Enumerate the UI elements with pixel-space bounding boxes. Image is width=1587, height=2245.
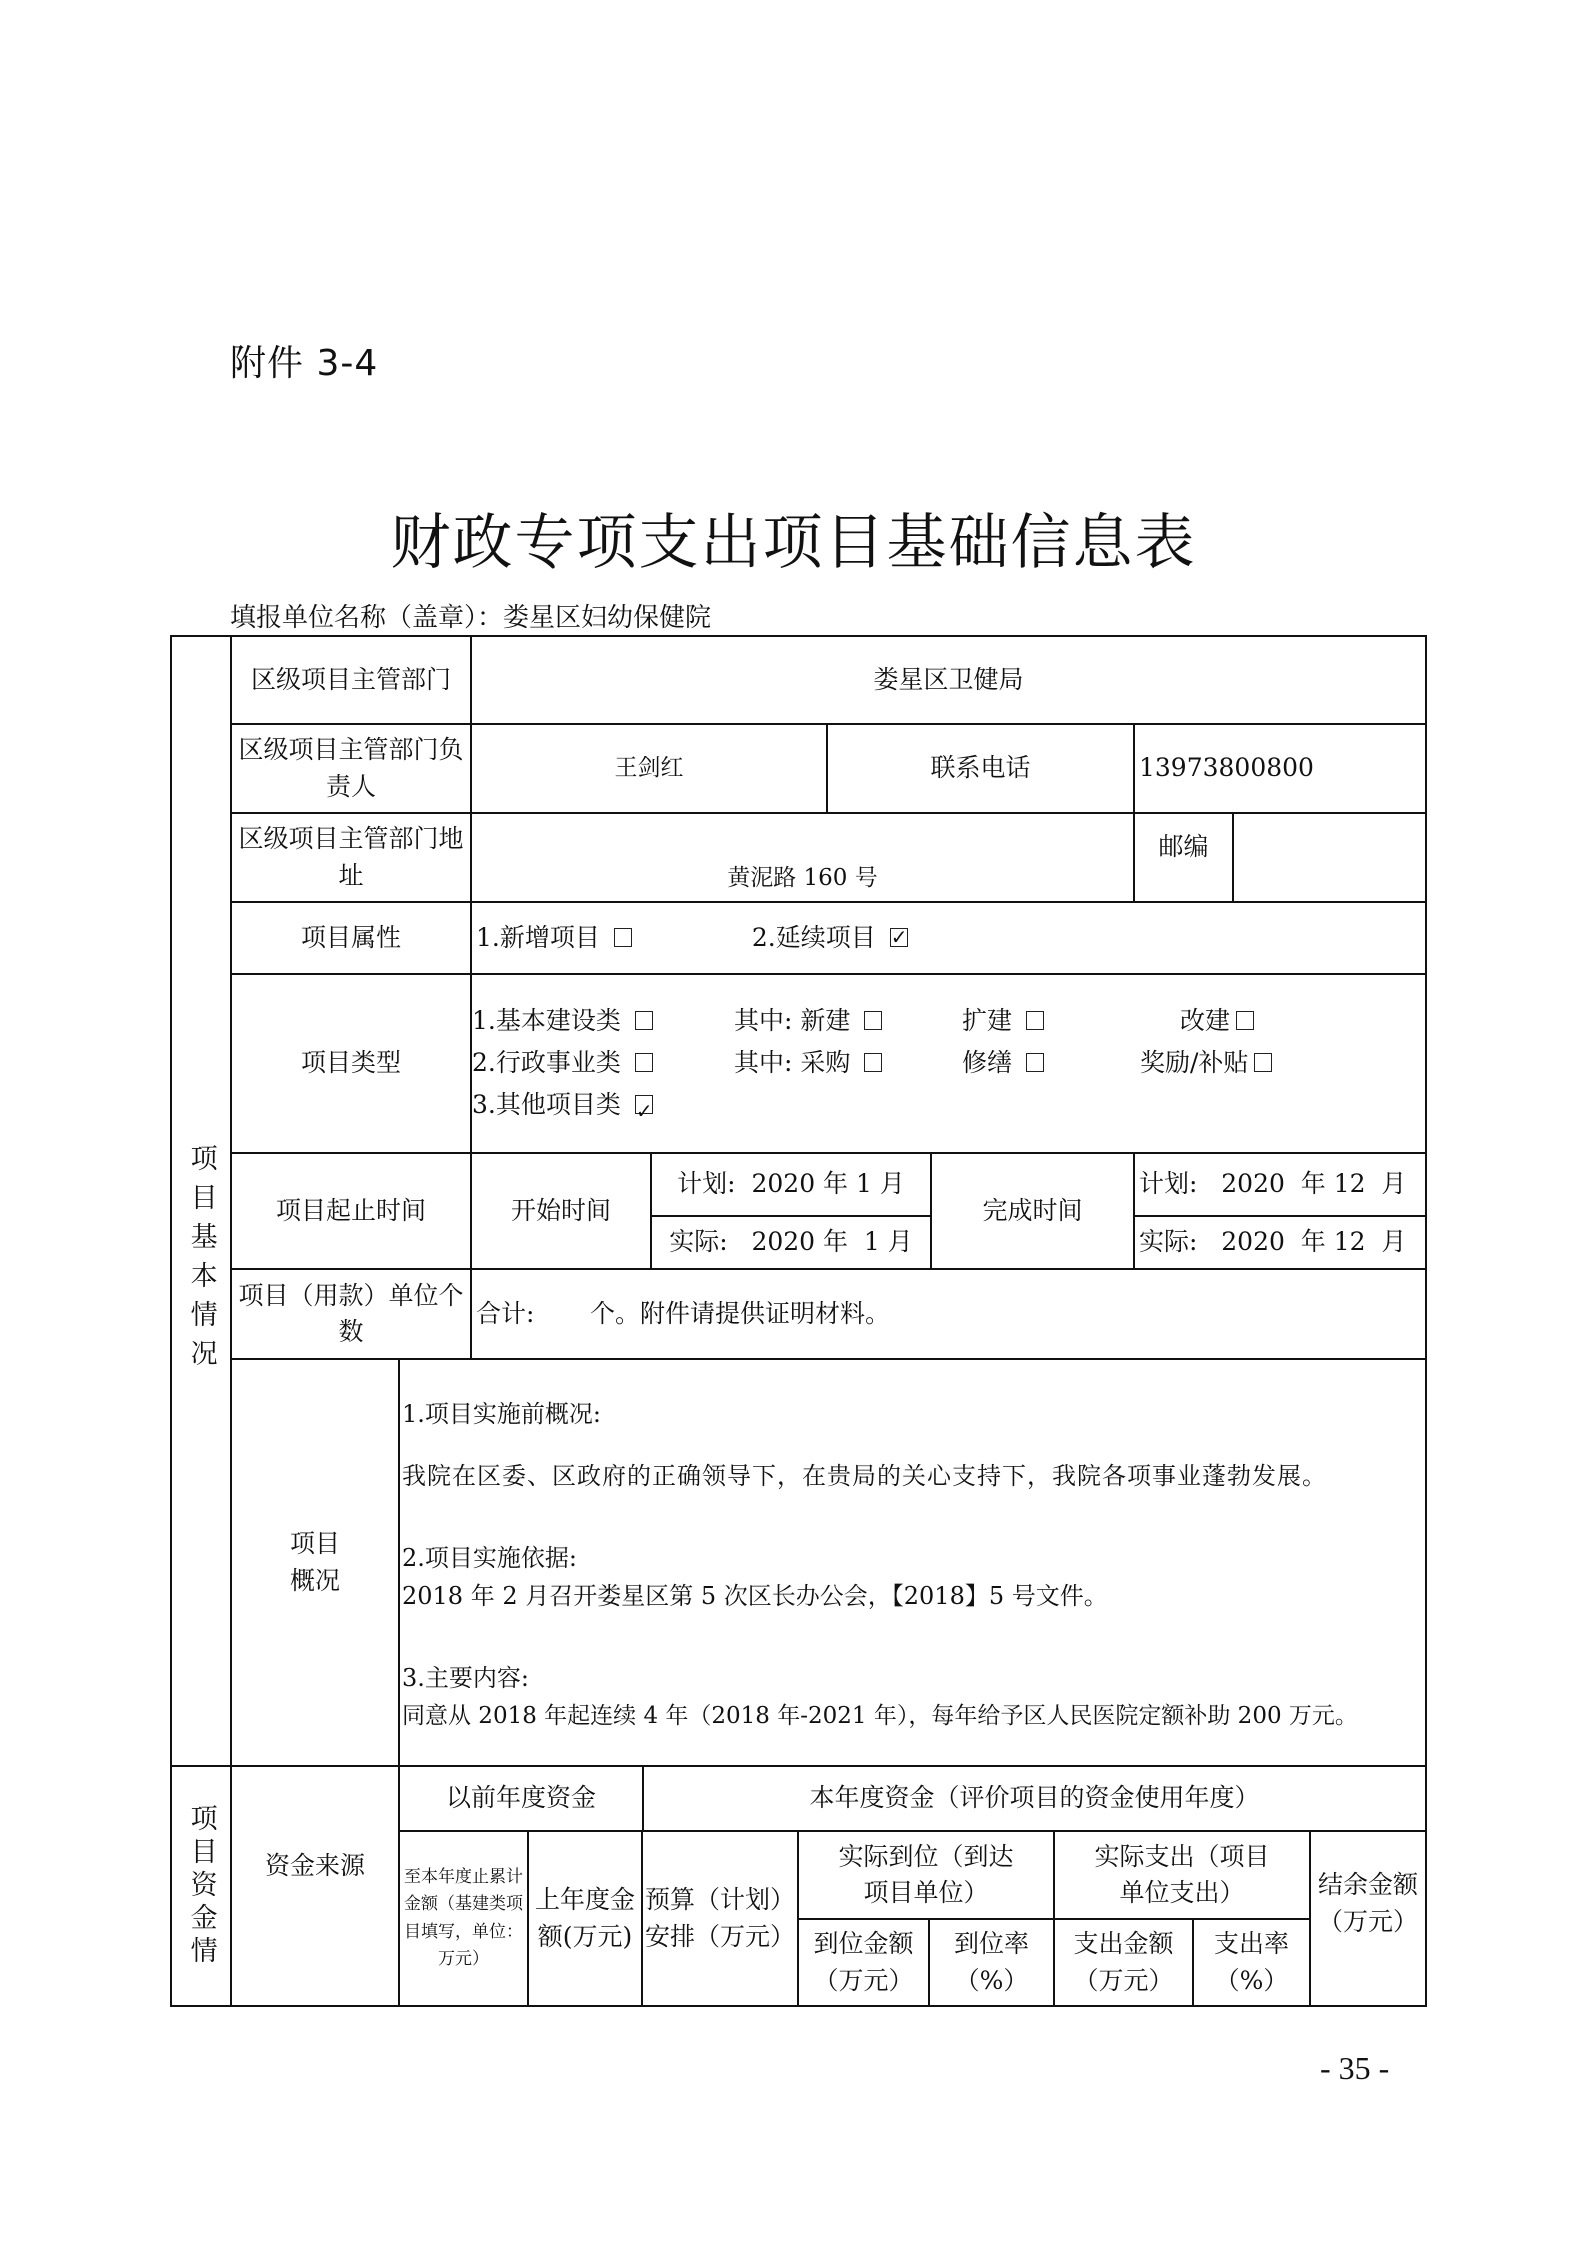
type-subsidy[interactable]: 奖励/补贴 (1140, 1042, 1272, 1084)
type-label: 项目类型 (230, 973, 472, 1154)
col-balance: 结余金额（万元） (1309, 1830, 1427, 2007)
units-label: 项目（用款）单位个数 (230, 1268, 472, 1360)
head-value[interactable]: 王剑红 (470, 723, 828, 814)
type-renovation[interactable]: 改建 (1180, 1000, 1254, 1042)
phone-value[interactable]: 13973800800 (1133, 723, 1427, 814)
col-spend-rate: 支出率（%） (1192, 1918, 1311, 2007)
checkbox-continued-project[interactable] (890, 928, 908, 947)
page-number: - 35 - (1320, 2050, 1389, 2087)
attribute-options: 1.新增项目 2.延续项目 (470, 901, 1427, 975)
summary-label: 项目概况 (230, 1358, 400, 1767)
page-title: 财政专项支出项目基础信息表 (0, 495, 1587, 581)
summary-text-3: 同意从 2018 年起连续 4 年（2018 年-2021 年），每年给予区人民… (402, 1700, 1422, 1732)
col-cumulative: 至本年度止累计金额（基建类项目填写，单位：万元） (398, 1830, 529, 2007)
type-construction[interactable]: 1.基本建设类 (472, 1000, 653, 1042)
summary-heading-2: 2.项目实施依据: (402, 1542, 1422, 1574)
current-year-header: 本年度资金（评价项目的资金使用年度） (642, 1765, 1427, 1832)
end-plan[interactable]: 计划: 2020 年 12 月 (1133, 1152, 1427, 1217)
end-label: 完成时间 (930, 1152, 1135, 1270)
checkbox-subsidy[interactable] (1254, 1053, 1272, 1072)
annex-label: 附件 3-4 (230, 335, 378, 386)
start-actual[interactable]: 实际: 2020 年 1 月 (650, 1215, 932, 1270)
summary-heading-3: 3.主要内容: (402, 1662, 1422, 1694)
col-budget: 预算（计划）安排（万元） (641, 1830, 799, 2007)
summary-content: 1.项目实施前概况: 我院在区委、区政府的正确领导下，在贵局的关心支持下，我院各… (402, 1362, 1422, 1732)
period-label: 项目起止时间 (230, 1152, 472, 1270)
attribute-continued[interactable]: 2.延续项目 (752, 920, 908, 956)
summary-heading-1: 1.项目实施前概况: (402, 1398, 1422, 1430)
checkbox-new-project[interactable] (614, 928, 632, 947)
col-last-year: 上年度金额(万元) (527, 1830, 643, 2007)
checkbox-repair[interactable] (1026, 1053, 1044, 1072)
type-new-build[interactable]: 其中: 新建 (734, 1000, 882, 1042)
attribute-new[interactable]: 1.新增项目 (476, 920, 632, 956)
checkbox-renovation[interactable] (1236, 1011, 1254, 1030)
col-arrival-amount: 到位金额（万元） (797, 1918, 930, 2007)
filler-unit: 填报单位名称（盖章）：娄星区妇幼保健院 (230, 597, 711, 634)
address-label: 区级项目主管部门地址 (230, 812, 472, 903)
summary-text-2: 2018 年 2 月召开娄星区第 5 次区长办公会，【2018】5 号文件。 (402, 1580, 1422, 1612)
type-other[interactable]: 3.其他项目类 (472, 1084, 653, 1126)
postcode-label: 邮编 (1133, 812, 1234, 903)
col-actual-arrival: 实际到位（到达项目单位） (797, 1830, 1055, 1920)
department-label: 区级项目主管部门 (230, 635, 472, 725)
department-value[interactable]: 娄星区卫健局 (470, 635, 1427, 725)
checkbox-other[interactable] (635, 1095, 653, 1114)
type-procurement[interactable]: 其中: 采购 (734, 1042, 882, 1084)
checkbox-administrative[interactable] (635, 1053, 653, 1072)
checkbox-new-build[interactable] (864, 1011, 882, 1030)
type-repair[interactable]: 修缮 (962, 1042, 1044, 1084)
type-administrative[interactable]: 2.行政事业类 (472, 1042, 653, 1084)
checkbox-procurement[interactable] (864, 1053, 882, 1072)
start-plan[interactable]: 计划: 2020 年 1 月 (650, 1152, 932, 1217)
start-label: 开始时间 (470, 1152, 652, 1270)
filler-unit-label: 填报单位名称（盖章）： (230, 603, 503, 633)
checkbox-expansion[interactable] (1026, 1011, 1044, 1030)
filler-unit-value: 娄星区妇幼保健院 (503, 603, 711, 633)
col-arrival-rate: 到位率（%） (928, 1918, 1055, 2007)
address-value[interactable]: 黄泥路 160 号 (470, 812, 1135, 903)
funding-section-label: 项目资金情 (170, 1765, 232, 2007)
end-actual[interactable]: 实际: 2020 年 12 月 (1133, 1215, 1427, 1270)
col-spend-amount: 支出金额（万元） (1053, 1918, 1194, 2007)
head-label: 区级项目主管部门负责人 (230, 723, 472, 814)
funding-source-label: 资金来源 (230, 1765, 400, 2007)
prior-years-header: 以前年度资金 (398, 1765, 644, 1832)
col-actual-spend: 实际支出（项目单位支出） (1053, 1830, 1311, 1920)
phone-label: 联系电话 (826, 723, 1135, 814)
attribute-label: 项目属性 (230, 901, 472, 975)
type-expansion[interactable]: 扩建 (962, 1000, 1044, 1042)
units-value[interactable]: 合计: 个。附件请提供证明材料。 (470, 1268, 1427, 1360)
checkbox-construction[interactable] (635, 1011, 653, 1030)
basic-section-label: 项目基本情况 (170, 635, 232, 1767)
summary-text-1: 我院在区委、区政府的正确领导下，在贵局的关心支持下，我院各项事业蓬勃发展。 (402, 1460, 1422, 1492)
postcode-value[interactable] (1232, 812, 1427, 903)
